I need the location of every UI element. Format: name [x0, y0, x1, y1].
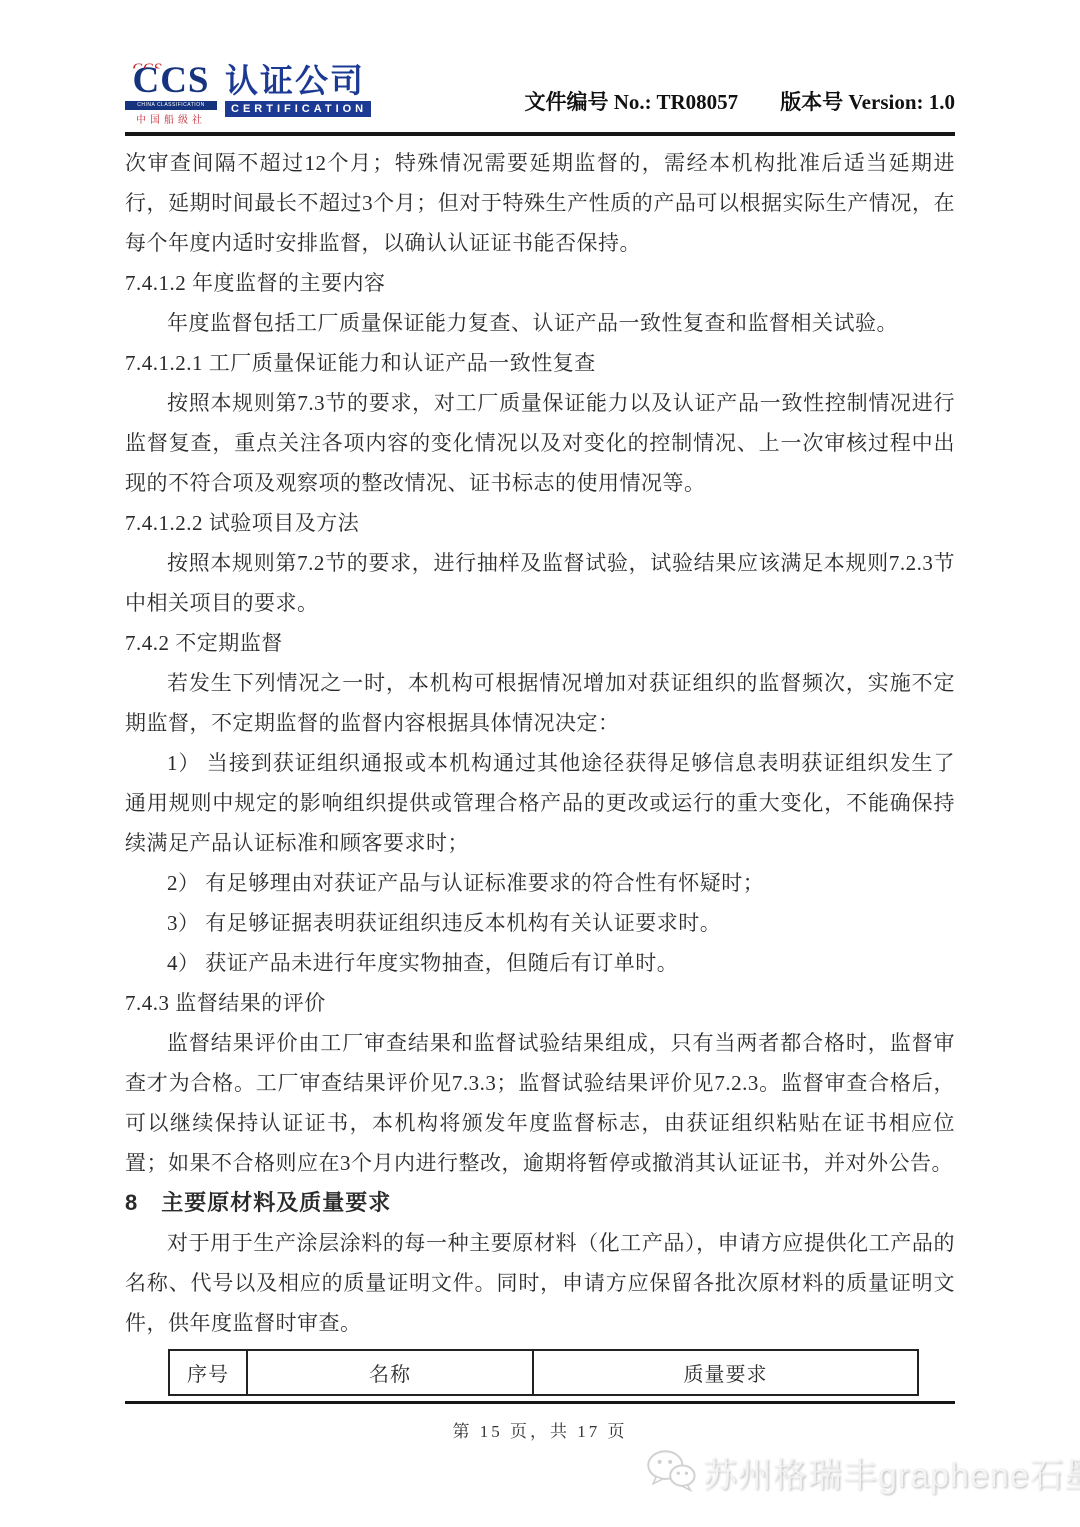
- document-body: 次审查间隔不超过12个月；特殊情况需要延期监督的，需经本机构批准后适当延期进行，…: [125, 143, 955, 1343]
- section-heading: 7.4.2 不定期监督: [125, 623, 955, 663]
- paragraph: 按照本规则第7.2节的要求，进行抽样及监督试验，试验结果应该满足本规则7.2.3…: [125, 543, 955, 623]
- paragraph: 1） 当接到获证组织通报或本机构通过其他途径获得足够信息表明获证组织发生了通用规…: [125, 743, 955, 863]
- ccs-society-cn: 中国船级社: [136, 111, 206, 126]
- paragraph: 监督结果评价由工厂审查结果和监督试验结果组成，只有当两者都合格时，监督审查才为合…: [125, 1023, 955, 1183]
- paragraph: 按照本规则第7.3节的要求，对工厂质量保证能力以及认证产品一致性控制情况进行监督…: [125, 383, 955, 503]
- paragraph: 4） 获证产品未进行年度实物抽查，但随后有订单时。: [125, 943, 955, 983]
- materials-table: 序号名称质量要求: [168, 1349, 919, 1396]
- doc-number: 文件编号 No.: TR08057: [524, 86, 738, 116]
- page-content: CCS CCS CHINA CLASSIFICATION SOCIETY 中国船…: [125, 0, 955, 1396]
- logo-certification-bar: CERTIFICATION: [225, 101, 371, 117]
- page-number: 第 15 页，共 17 页: [453, 1422, 628, 1441]
- doc-version: 版本号 Version: 1.0: [780, 86, 955, 116]
- ccs-society-en-bar: CHINA CLASSIFICATION SOCIETY: [125, 101, 217, 110]
- ccs-wordmark: CCS CCS: [132, 62, 209, 99]
- document-header: CCS CCS CHINA CLASSIFICATION SOCIETY 中国船…: [125, 0, 955, 136]
- paragraph: 若发生下列情况之一时，本机构可根据情况增加对获证组织的监督频次，实施不定期监督，…: [125, 663, 955, 743]
- document-page: CCS CCS CHINA CLASSIFICATION SOCIETY 中国船…: [0, 0, 1080, 1527]
- table-column-header: 名称: [247, 1350, 533, 1395]
- ccs-logo: CCS CCS CHINA CLASSIFICATION SOCIETY 中国船…: [125, 62, 371, 126]
- materials-table-header-row: 序号名称质量要求: [169, 1350, 918, 1395]
- ccs-logo-right: 认证公司 CERTIFICATION: [225, 62, 371, 117]
- section-heading: 7.4.1.2 年度监督的主要内容: [125, 263, 955, 303]
- paragraph: 次审查间隔不超过12个月；特殊情况需要延期监督的，需经本机构批准后适当延期进行，…: [125, 143, 955, 263]
- paragraph: 2） 有足够理由对获证产品与认证标准要求的符合性有怀疑时；: [125, 863, 955, 903]
- paragraph: 对于用于生产涂层涂料的每一种主要原材料（化工产品），申请方应提供化工产品的名称、…: [125, 1223, 955, 1343]
- ccs-logo-left: CCS CCS CHINA CLASSIFICATION SOCIETY 中国船…: [125, 62, 217, 126]
- page-footer: 第 15 页，共 17 页: [125, 1401, 955, 1442]
- section-heading: 7.4.1.2.2 试验项目及方法: [125, 503, 955, 543]
- section-heading: 8 主要原材料及质量要求: [125, 1183, 955, 1223]
- section-heading: 7.4.3 监督结果的评价: [125, 983, 955, 1023]
- logo-company-name: 认证公司: [225, 64, 371, 99]
- section-heading: 7.4.1.2.1 工厂质量保证能力和认证产品一致性复查: [125, 343, 955, 383]
- table-column-header: 序号: [169, 1350, 247, 1395]
- watermark-text: 苏州格瑞丰graphene石墨烯: [703, 1448, 1080, 1497]
- paragraph: 年度监督包括工厂质量保证能力复查、认证产品一致性复查和监督相关试验。: [125, 303, 955, 343]
- table-column-header: 质量要求: [533, 1350, 918, 1395]
- wechat-icon: [645, 1448, 697, 1497]
- paragraph: 3） 有足够证据表明获证组织违反本机构有关认证要求时。: [125, 903, 955, 943]
- watermark: 苏州格瑞丰graphene石墨烯: [645, 1448, 1080, 1497]
- document-meta: 文件编号 No.: TR08057 版本号 Version: 1.0: [524, 86, 955, 126]
